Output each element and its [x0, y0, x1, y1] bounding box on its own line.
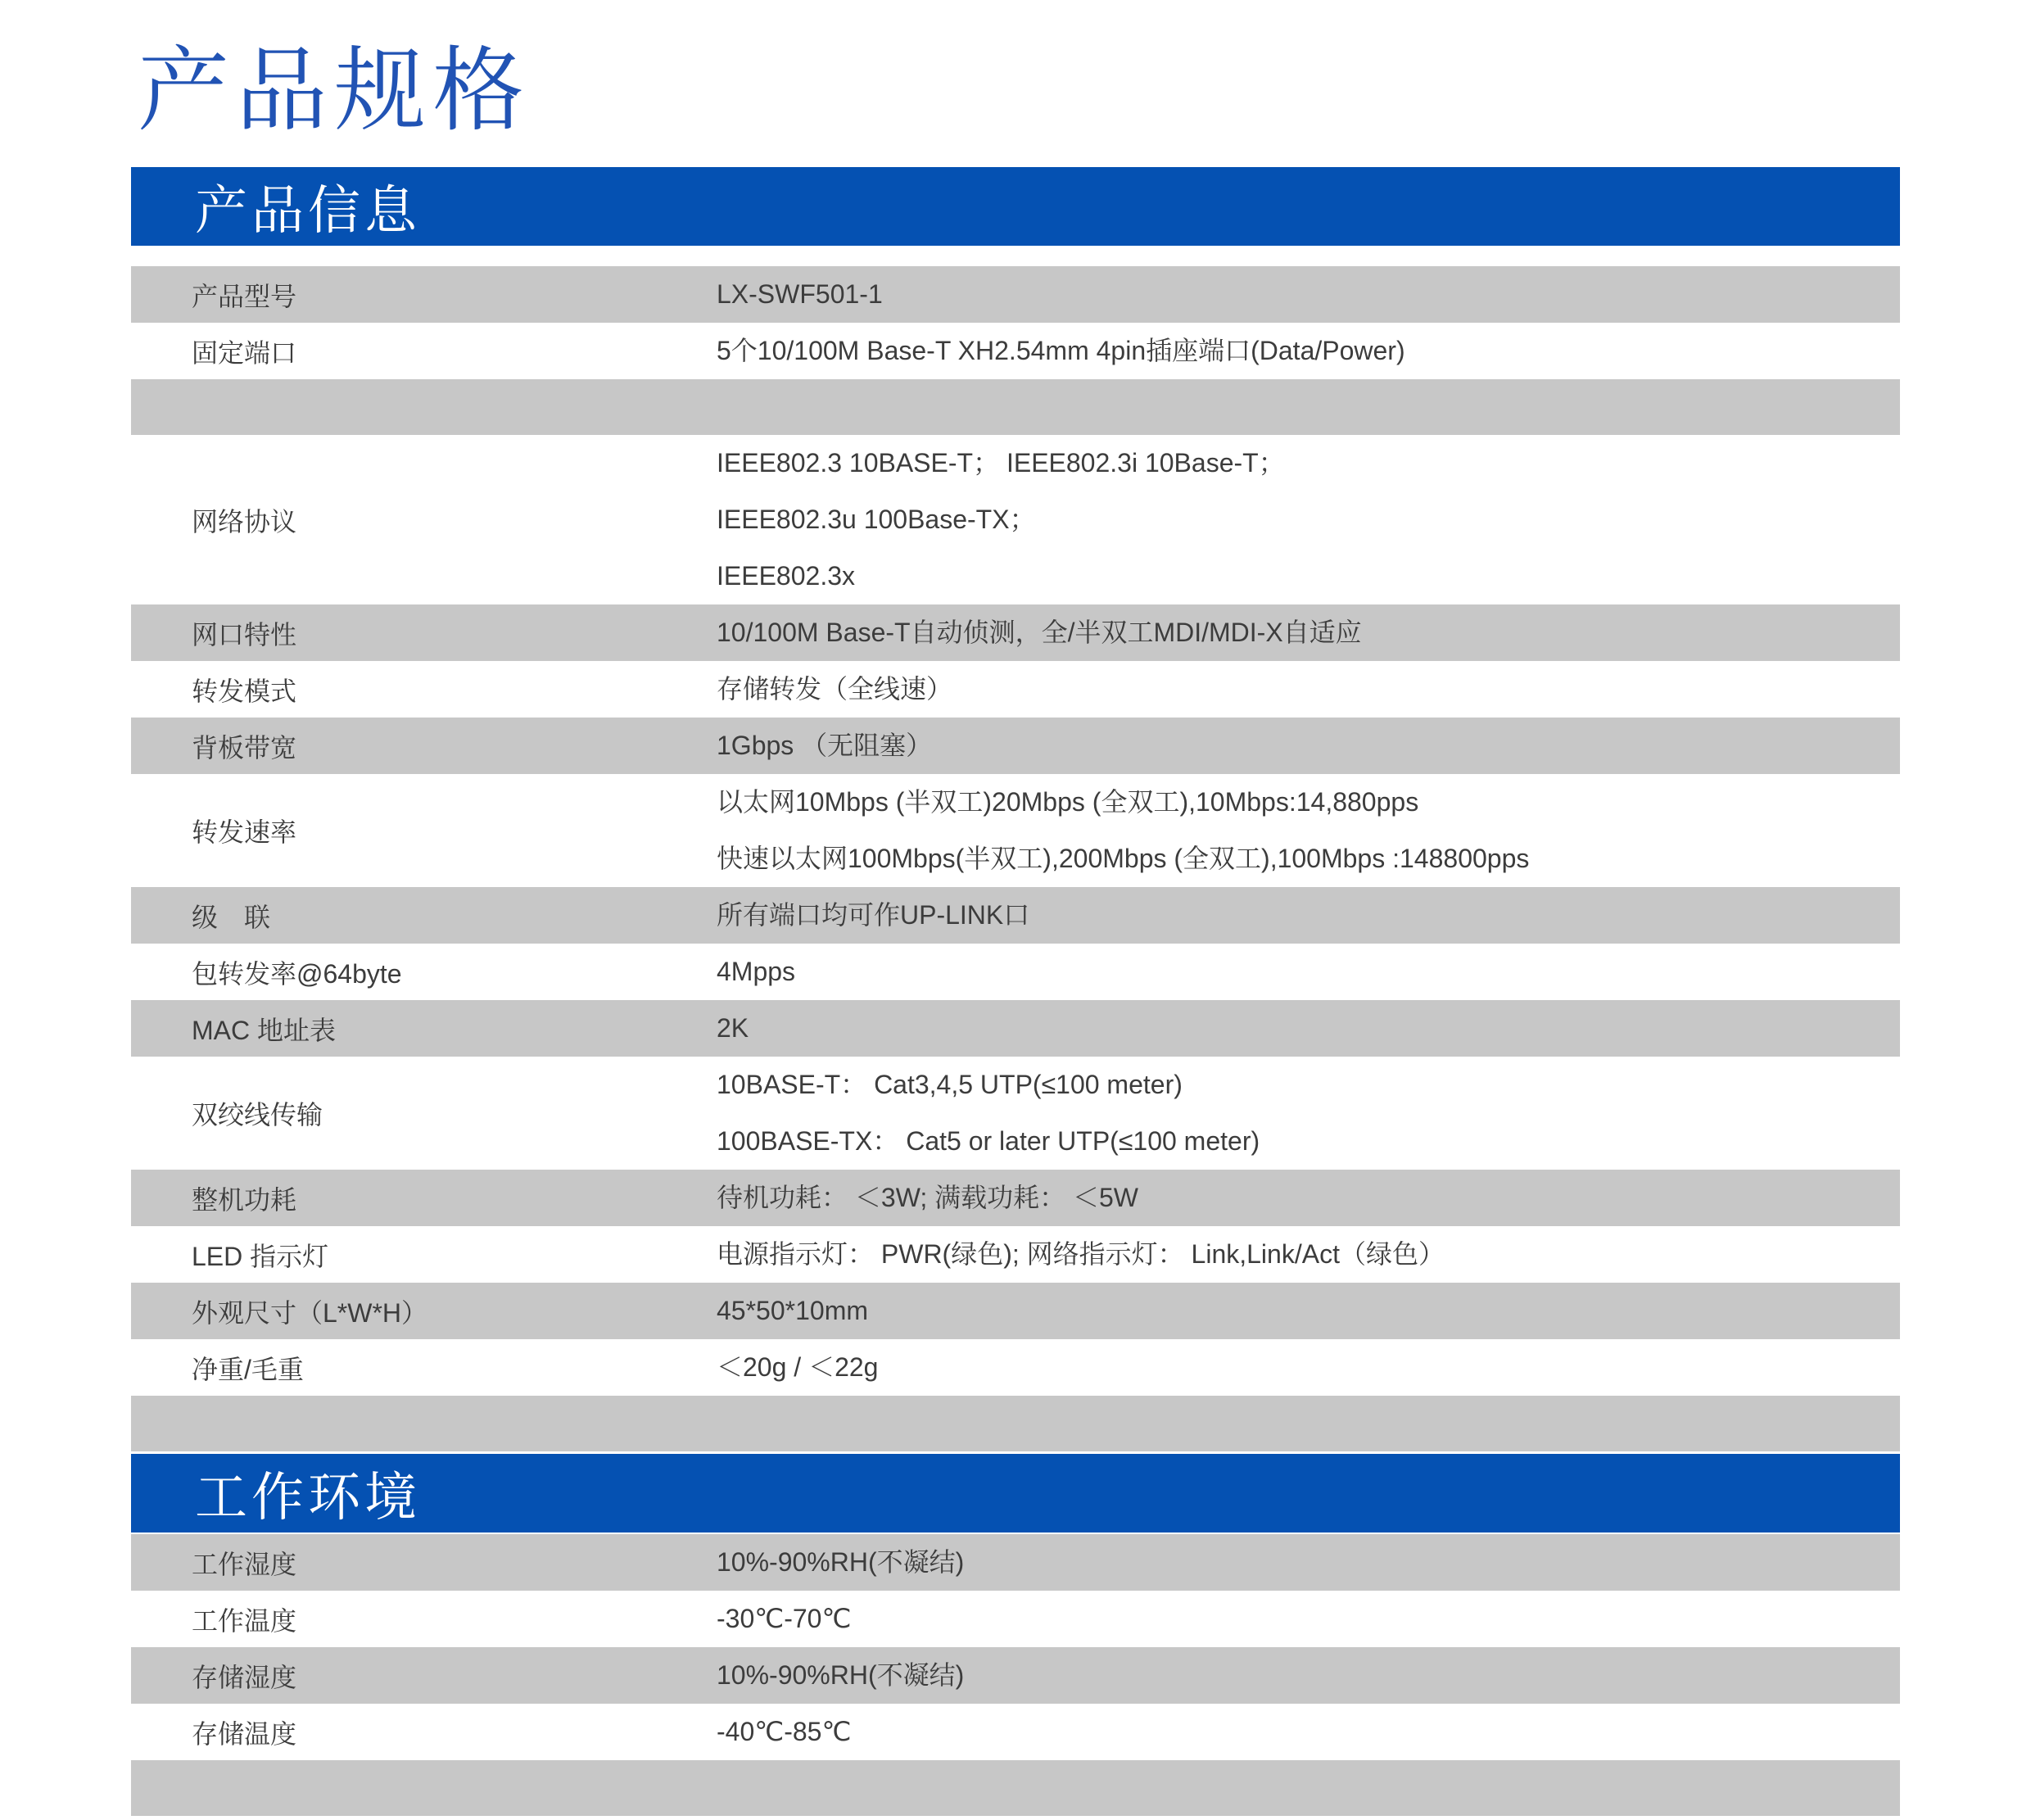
row-value-line: 5个10/100M Base-T XH2.54mm 4pin插座端口(Data/… [717, 323, 1880, 379]
section-header-environment-label: 工作环境 [195, 1456, 421, 1531]
row-value-line: 45*50*10mm [717, 1283, 1880, 1339]
row-value: 10%-90%RH(不凝结) [717, 1534, 1900, 1591]
row-value: 所有端口均可作UP-LINK口 [717, 887, 1900, 944]
row-value-line: -40℃-85℃ [717, 1704, 1880, 1760]
row-value-line: 存储转发（全线速） [717, 661, 1880, 718]
row-value-line: 所有端口均可作UP-LINK口 [717, 887, 1880, 944]
row-label: 网络协议 [131, 501, 717, 539]
row-value: 1Gbps （无阻塞） [717, 718, 1900, 774]
row-value-line: IEEE802.3 10BASE-T； IEEE802.3i 10Base-T； [717, 435, 1880, 491]
row-value-line: 快速以太网100Mbps(半双工),200Mbps (全双工),100Mbps … [717, 831, 1880, 887]
row-value-line: 10/100M Base-T自动侦测，全/半双工MDI/MDI-X自适应 [717, 604, 1880, 661]
row-label: 存储湿度 [131, 1657, 717, 1695]
row-value-line: 以太网10Mbps (半双工)20Mbps (全双工),10Mbps:14,88… [717, 774, 1880, 831]
section-header-environment: 工作环境 [131, 1454, 1900, 1533]
row-value: 以太网10Mbps (半双工)20Mbps (全双工),10Mbps:14,88… [717, 774, 1900, 887]
table-row: 存储湿度10%-90%RH(不凝结) [131, 1647, 1900, 1704]
table-row: 固定端口5个10/100M Base-T XH2.54mm 4pin插座端口(D… [131, 323, 1900, 379]
row-label: 产品型号 [131, 276, 717, 314]
row-label: LED 指示灯 [131, 1236, 717, 1274]
table-row: 背板带宽1Gbps （无阻塞） [131, 718, 1900, 774]
row-value: 2K [717, 1000, 1900, 1057]
section-product-info: 产品信息 产品型号LX-SWF501-1固定端口5个10/100M Base-T… [131, 167, 1900, 1451]
row-value-line: LX-SWF501-1 [717, 266, 1880, 323]
table-row-spacer [131, 1396, 1900, 1451]
row-value: -30℃-70℃ [717, 1591, 1900, 1647]
row-value-line: -30℃-70℃ [717, 1591, 1880, 1647]
table-row: 产品型号LX-SWF501-1 [131, 266, 1900, 323]
spec-sheet-content: 产品规格 产品信息 产品型号LX-SWF501-1固定端口5个10/100M B… [131, 0, 1900, 1816]
row-value-line: 2K [717, 1000, 1880, 1057]
row-label: 工作温度 [131, 1600, 717, 1638]
row-label: 固定端口 [131, 333, 717, 370]
row-label: 背板带宽 [131, 727, 717, 765]
section-header-product-info: 产品信息 [131, 167, 1900, 246]
row-value-line: 4Mpps [717, 944, 1880, 1000]
table-row: 外观尺寸（L*W*H）45*50*10mm [131, 1283, 1900, 1339]
row-label: 工作湿度 [131, 1544, 717, 1582]
row-value-line: 10%-90%RH(不凝结) [717, 1534, 1880, 1591]
row-value: -40℃-85℃ [717, 1704, 1900, 1760]
table-row: LED 指示灯电源指示灯： PWR(绿色); 网络指示灯： Link,Link/… [131, 1226, 1900, 1283]
table-row: 工作温度-30℃-70℃ [131, 1591, 1900, 1647]
table-row: 存储温度-40℃-85℃ [131, 1704, 1900, 1760]
row-value: ＜20g / ＜22g [717, 1339, 1900, 1396]
row-value-line: IEEE802.3x [717, 548, 1880, 604]
row-value: 10BASE-T： Cat3,4,5 UTP(≤100 meter)100BAS… [717, 1057, 1900, 1170]
page-title: 产品规格 [131, 0, 1900, 167]
table-row: 整机功耗待机功耗： ＜3W; 满载功耗： ＜5W [131, 1170, 1900, 1226]
row-value-line: 待机功耗： ＜3W; 满载功耗： ＜5W [717, 1170, 1880, 1226]
row-label: 整机功耗 [131, 1179, 717, 1217]
table-row: 转发模式存储转发（全线速） [131, 661, 1900, 718]
table-row: 网络协议IEEE802.3 10BASE-T； IEEE802.3i 10Bas… [131, 435, 1900, 604]
row-label: 外观尺寸（L*W*H） [131, 1293, 717, 1330]
row-label: 转发模式 [131, 671, 717, 709]
table-row: 转发速率以太网10Mbps (半双工)20Mbps (全双工),10Mbps:1… [131, 774, 1900, 887]
row-value-line: 10BASE-T： Cat3,4,5 UTP(≤100 meter) [717, 1057, 1880, 1113]
row-label: 级 联 [131, 897, 717, 935]
header-row-gap [131, 246, 1900, 266]
row-value-line: 1Gbps （无阻塞） [717, 718, 1880, 774]
row-label: 双绞线传输 [131, 1094, 717, 1132]
row-value-line: ＜20g / ＜22g [717, 1339, 1880, 1396]
table-row-spacer [131, 1760, 1900, 1816]
table-row: 工作湿度10%-90%RH(不凝结) [131, 1534, 1900, 1591]
table-row: MAC 地址表2K [131, 1000, 1900, 1057]
table-row: 级 联所有端口均可作UP-LINK口 [131, 887, 1900, 944]
row-value-line: 100BASE-TX： Cat5 or later UTP(≤100 meter… [717, 1113, 1880, 1170]
row-label: 包转发率@64byte [131, 953, 717, 991]
row-value: 电源指示灯： PWR(绿色); 网络指示灯： Link,Link/Act（绿色） [717, 1226, 1900, 1283]
section-environment: 工作环境 工作湿度10%-90%RH(不凝结)工作温度-30℃-70℃存储湿度1… [131, 1454, 1900, 1816]
row-label: MAC 地址表 [131, 1010, 717, 1048]
row-value: 待机功耗： ＜3W; 满载功耗： ＜5W [717, 1170, 1900, 1226]
row-value: 5个10/100M Base-T XH2.54mm 4pin插座端口(Data/… [717, 323, 1900, 379]
row-value: LX-SWF501-1 [717, 266, 1900, 323]
row-label: 网口特性 [131, 614, 717, 652]
table-row-spacer [131, 379, 1900, 435]
section-header-product-info-label: 产品信息 [195, 169, 421, 244]
row-value-line: 电源指示灯： PWR(绿色); 网络指示灯： Link,Link/Act（绿色） [717, 1226, 1880, 1283]
row-value: 10%-90%RH(不凝结) [717, 1647, 1900, 1704]
environment-table: 工作湿度10%-90%RH(不凝结)工作温度-30℃-70℃存储湿度10%-90… [131, 1534, 1900, 1816]
table-row: 双绞线传输10BASE-T： Cat3,4,5 UTP(≤100 meter)1… [131, 1057, 1900, 1170]
row-value: 10/100M Base-T自动侦测，全/半双工MDI/MDI-X自适应 [717, 604, 1900, 661]
product-info-table: 产品型号LX-SWF501-1固定端口5个10/100M Base-T XH2.… [131, 266, 1900, 1451]
row-value: IEEE802.3 10BASE-T； IEEE802.3i 10Base-T；… [717, 435, 1900, 604]
row-value-line: IEEE802.3u 100Base-TX； [717, 491, 1880, 548]
row-label: 净重/毛重 [131, 1349, 717, 1387]
row-value: 存储转发（全线速） [717, 661, 1900, 718]
spec-sheet-page: 产品规格 产品信息 产品型号LX-SWF501-1固定端口5个10/100M B… [0, 0, 2031, 1820]
row-label: 转发速率 [131, 812, 717, 849]
table-row: 包转发率@64byte4Mpps [131, 944, 1900, 1000]
table-row: 净重/毛重＜20g / ＜22g [131, 1339, 1900, 1396]
table-row: 网口特性10/100M Base-T自动侦测，全/半双工MDI/MDI-X自适应 [131, 604, 1900, 661]
row-value-line: 10%-90%RH(不凝结) [717, 1647, 1880, 1704]
row-value: 45*50*10mm [717, 1283, 1900, 1339]
row-label: 存储温度 [131, 1714, 717, 1751]
row-value: 4Mpps [717, 944, 1900, 1000]
